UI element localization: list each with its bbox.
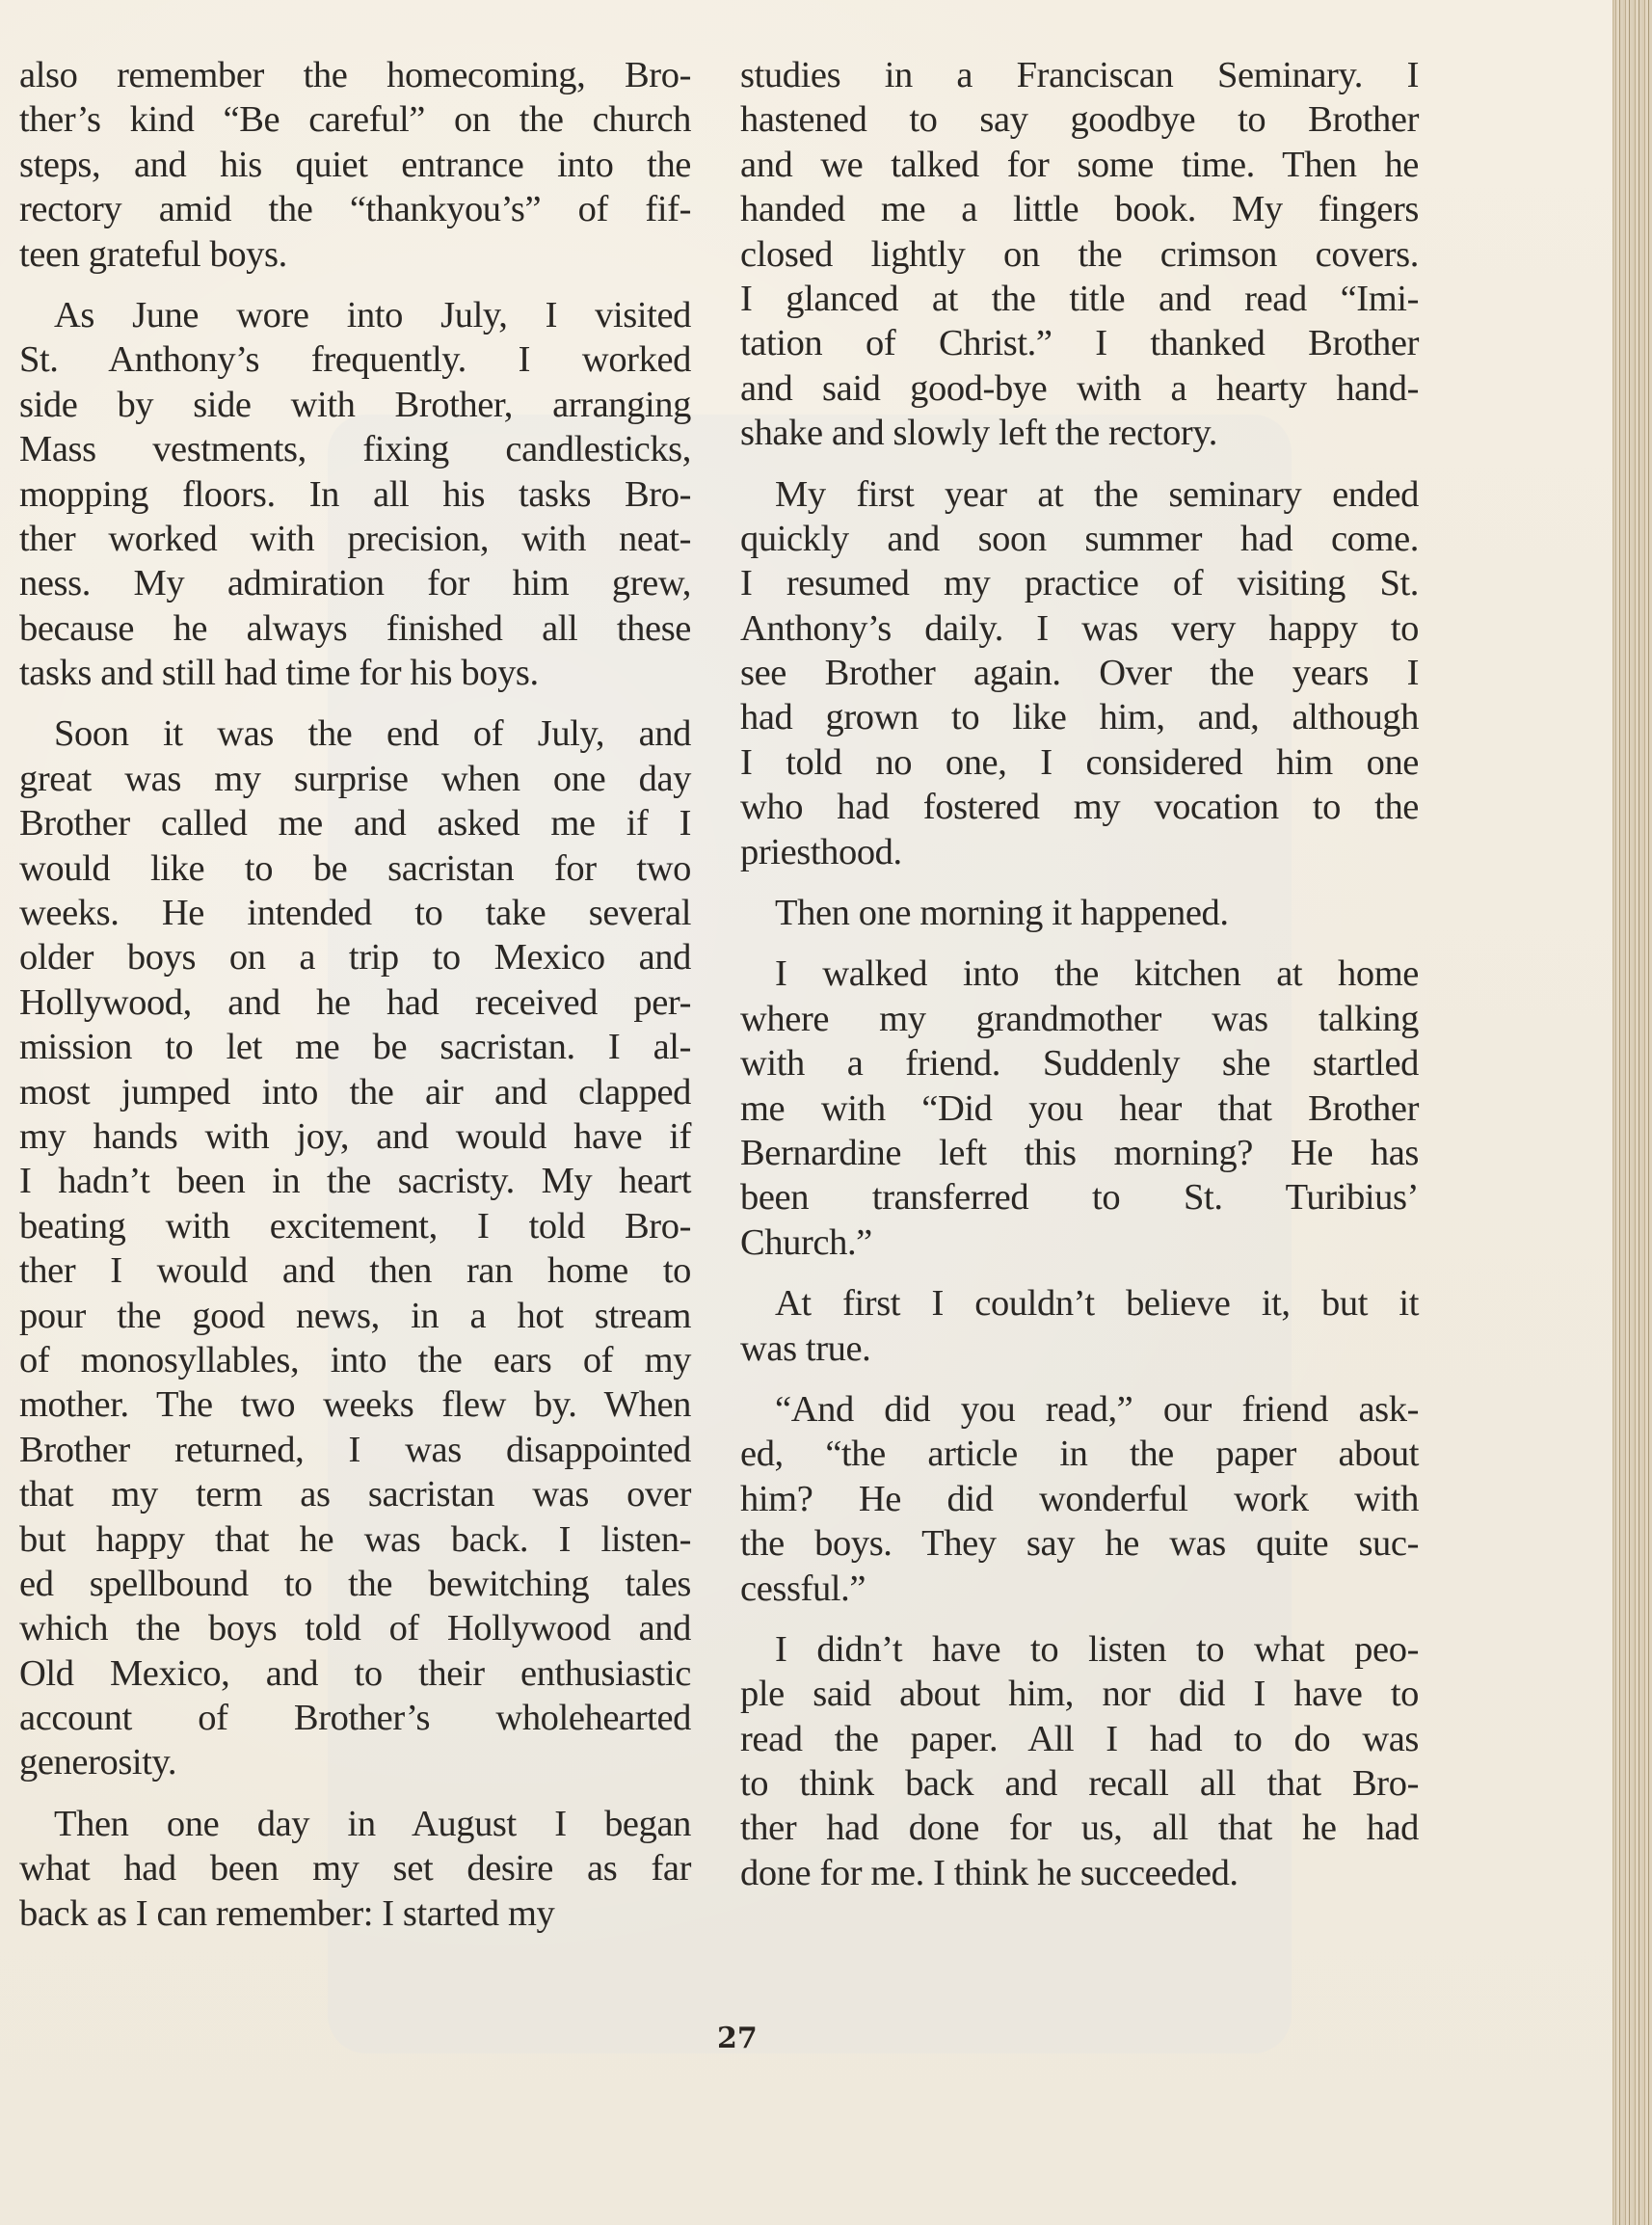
text-line: shake and slowly left the rectory. <box>740 411 1419 455</box>
paragraph: My first year at the seminary endedquick… <box>740 472 1419 875</box>
text-line: ness. My admiration for him grew, <box>19 561 691 605</box>
text-line: mission to let me be sacristan. I al- <box>19 1025 691 1069</box>
paragraph: also remember the homecoming, Bro-ther’s… <box>19 53 691 277</box>
text-line: ed, “the article in the paper about <box>740 1432 1419 1476</box>
text-line: been transferred to St. Turibius’ <box>740 1175 1419 1220</box>
paragraph: As June wore into July, I visitedSt. Ant… <box>19 293 691 696</box>
text-line: rectory amid the “thankyou’s” of fif- <box>19 187 691 231</box>
text-line: I told no one, I considered him one <box>740 740 1419 785</box>
page-edge-binding <box>1612 0 1652 2225</box>
text-line: see Brother again. Over the years I <box>740 651 1419 695</box>
text-line: Then one day in August I began <box>19 1802 691 1846</box>
text-line: ple said about him, nor did I have to <box>740 1672 1419 1716</box>
text-line: I resumed my practice of visiting St. <box>740 561 1419 605</box>
text-line: great was my surprise when one day <box>19 757 691 801</box>
magazine-page: also remember the homecoming, Bro-ther’s… <box>0 0 1652 2225</box>
text-line: and we talked for some time. Then he <box>740 143 1419 187</box>
text-line: side by side with Brother, arranging <box>19 383 691 427</box>
text-line: Old Mexico, and to their enthusiastic <box>19 1651 691 1696</box>
text-line: As June wore into July, I visited <box>19 293 691 337</box>
text-line: account of Brother’s wholehearted <box>19 1696 691 1740</box>
text-line: Soon it was the end of July, and <box>19 711 691 756</box>
text-line: had grown to like him, and, although <box>740 695 1419 739</box>
left-text-column: also remember the homecoming, Bro-ther’s… <box>19 53 691 1952</box>
text-line: My first year at the seminary ended <box>740 472 1419 517</box>
paragraph: I walked into the kitchen at homewhere m… <box>740 952 1419 1265</box>
text-line: quickly and soon summer had come. <box>740 517 1419 561</box>
text-line: most jumped into the air and clapped <box>19 1070 691 1114</box>
text-line: handed me a little book. My fingers <box>740 187 1419 231</box>
text-line: back as I can remember: I started my <box>19 1891 691 1936</box>
text-line: older boys on a trip to Mexico and <box>19 935 691 979</box>
text-line: I glanced at the title and read “Imi- <box>740 277 1419 321</box>
text-line: ed spellbound to the bewitching tales <box>19 1562 691 1606</box>
text-line: because he always finished all these <box>19 606 691 651</box>
text-line: mopping floors. In all his tasks Bro- <box>19 472 691 517</box>
paragraph: At first I couldn’t believe it, but itwa… <box>740 1281 1419 1371</box>
text-line: what had been my set desire as far <box>19 1846 691 1890</box>
text-line: him? He did wonderful work with <box>740 1477 1419 1521</box>
text-line: studies in a Franciscan Seminary. I <box>740 53 1419 97</box>
text-line: that my term as sacristan was over <box>19 1472 691 1516</box>
text-line: which the boys told of Hollywood and <box>19 1606 691 1650</box>
text-line: “And did you read,” our friend ask- <box>740 1387 1419 1432</box>
text-line: Bernardine left this morning? He has <box>740 1131 1419 1175</box>
text-line: St. Anthony’s frequently. I worked <box>19 337 691 382</box>
text-line: cessful.” <box>740 1567 1419 1611</box>
paragraph: Then one day in August I beganwhat had b… <box>19 1802 691 1936</box>
text-line: was true. <box>740 1327 1419 1371</box>
text-line: of monosyllables, into the ears of my <box>19 1338 691 1382</box>
text-line: Brother called me and asked me if I <box>19 801 691 845</box>
text-line: ther’s kind “Be careful” on the church <box>19 97 691 142</box>
text-line: Anthony’s daily. I was very happy to <box>740 606 1419 651</box>
text-line: steps, and his quiet entrance into the <box>19 143 691 187</box>
text-line: Then one morning it happened. <box>740 891 1419 935</box>
text-line: done for me. I think he succeeded. <box>740 1851 1419 1895</box>
text-line: hastened to say goodbye to Brother <box>740 97 1419 142</box>
page-number: 27 <box>717 2022 758 2055</box>
text-line: would like to be sacristan for two <box>19 846 691 891</box>
text-line: Brother returned, I was disappointed <box>19 1428 691 1472</box>
text-line: my hands with joy, and would have if <box>19 1114 691 1159</box>
text-line: to think back and recall all that Bro- <box>740 1761 1419 1806</box>
text-line: Mass vestments, fixing candlesticks, <box>19 427 691 471</box>
text-line: mother. The two weeks flew by. When <box>19 1382 691 1427</box>
text-line: Hollywood, and he had received per- <box>19 980 691 1025</box>
text-line: pour the good news, in a hot stream <box>19 1294 691 1338</box>
text-line: the boys. They say he was quite suc- <box>740 1521 1419 1566</box>
text-line: I didn’t have to listen to what peo- <box>740 1627 1419 1672</box>
text-line: generosity. <box>19 1740 691 1784</box>
text-line: weeks. He intended to take several <box>19 891 691 935</box>
text-line: At first I couldn’t believe it, but it <box>740 1281 1419 1326</box>
text-line: tation of Christ.” I thanked Brother <box>740 321 1419 365</box>
text-line: me with “Did you hear that Brother <box>740 1086 1419 1131</box>
text-line: teen grateful boys. <box>19 232 691 277</box>
text-line: tasks and still had time for his boys. <box>19 651 691 695</box>
right-text-column: studies in a Franciscan Seminary. Ihaste… <box>740 53 1419 1912</box>
text-line: ther had done for us, all that he had <box>740 1806 1419 1850</box>
text-line: also remember the homecoming, Bro- <box>19 53 691 97</box>
text-line: where my grandmother was talking <box>740 997 1419 1041</box>
text-line: but happy that he was back. I listen- <box>19 1517 691 1562</box>
text-line: ther worked with precision, with neat- <box>19 517 691 561</box>
text-line: priesthood. <box>740 830 1419 874</box>
text-line: with a friend. Suddenly she startled <box>740 1041 1419 1086</box>
text-line: I hadn’t been in the sacristy. My heart <box>19 1159 691 1203</box>
text-line: read the paper. All I had to do was <box>740 1717 1419 1761</box>
paragraph: Soon it was the end of July, andgreat wa… <box>19 711 691 1784</box>
text-line: beating with excitement, I told Bro- <box>19 1204 691 1248</box>
paragraph: “And did you read,” our friend ask-ed, “… <box>740 1387 1419 1611</box>
text-line: Church.” <box>740 1220 1419 1265</box>
text-line: and said good-bye with a hearty hand- <box>740 366 1419 411</box>
paragraph: I didn’t have to listen to what peo-ple … <box>740 1627 1419 1895</box>
paragraph: Then one morning it happened. <box>740 891 1419 935</box>
text-line: who had fostered my vocation to the <box>740 785 1419 829</box>
text-line: I walked into the kitchen at home <box>740 952 1419 996</box>
text-line: closed lightly on the crimson covers. <box>740 232 1419 277</box>
paragraph: studies in a Franciscan Seminary. Ihaste… <box>740 53 1419 456</box>
text-line: ther I would and then ran home to <box>19 1248 691 1293</box>
